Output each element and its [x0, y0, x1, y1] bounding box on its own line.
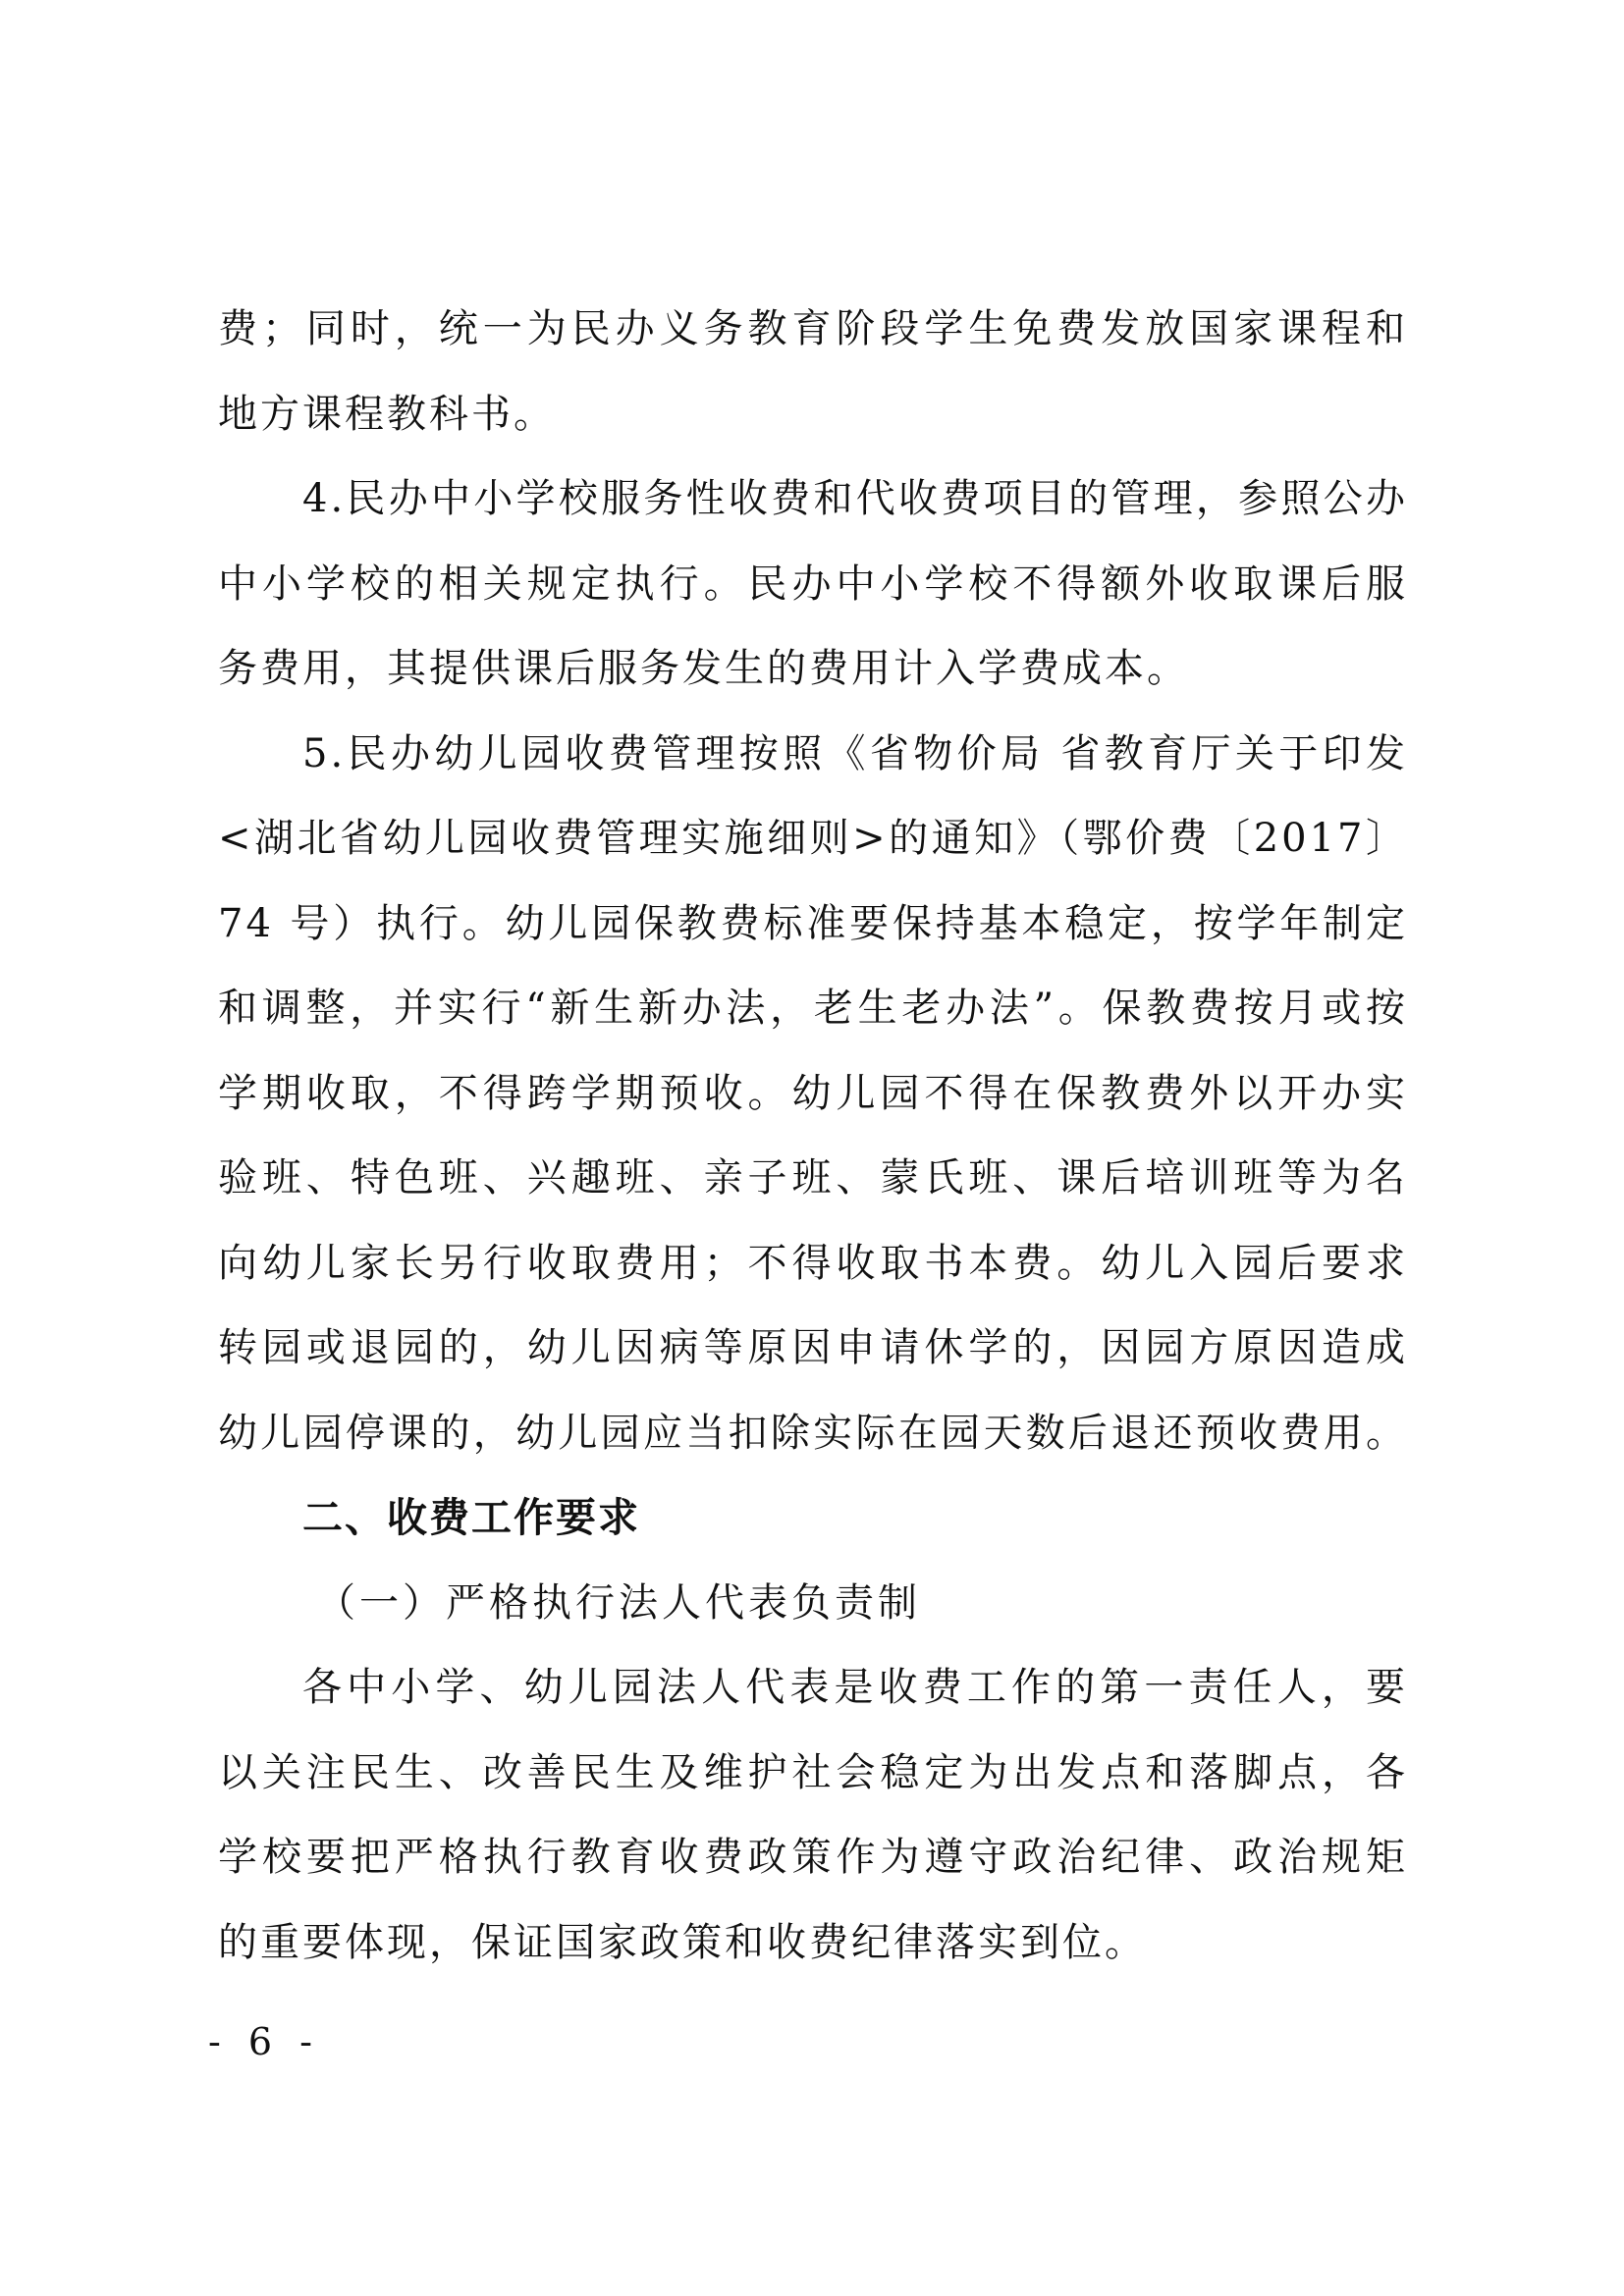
paragraph-line: 中小学校的相关规定执行。民办中小学校不得额外收取课后服	[218, 542, 1408, 627]
paragraph-line: 转园或退园的，幼儿因病等原因申请休学的，因园方原因造成	[218, 1306, 1408, 1391]
document-page: 费；同时，统一为民办义务教育阶段学生免费发放国家课程和 地方课程教科书。 4.民…	[0, 0, 1624, 2296]
paragraph-line: 地方课程教科书。	[218, 372, 1408, 457]
paragraph-line: 以关注民生、改善民生及维护社会稳定为出发点和落脚点，各	[218, 1731, 1408, 1816]
section-heading: 二、收费工作要求	[218, 1475, 1408, 1561]
page-number: - 6 -	[208, 2020, 320, 2063]
paragraph-line: 74 号）执行。幼儿园保教费标准要保持基本稳定，按学年制定	[218, 881, 1408, 967]
document-body: 费；同时，统一为民办义务教育阶段学生免费发放国家课程和 地方课程教科书。 4.民…	[218, 287, 1408, 1985]
paragraph-line: 的重要体现，保证国家政策和收费纪律落实到位。	[218, 1900, 1408, 1986]
paragraph-line: 验班、特色班、兴趣班、亲子班、蒙氏班、课后培训班等为名	[218, 1136, 1408, 1221]
paragraph-line: 各中小学、幼儿园法人代表是收费工作的第一责任人，要	[218, 1645, 1408, 1731]
paragraph-line: 学期收取，不得跨学期预收。幼儿园不得在保教费外以开办实	[218, 1051, 1408, 1137]
paragraph-line: 幼儿园停课的，幼儿园应当扣除实际在园天数后退还预收费用。	[218, 1391, 1408, 1476]
paragraph-line: 5.民办幼儿园收费管理按照《省物价局 省教育厅关于印发	[218, 712, 1408, 797]
paragraph-line: 向幼儿家长另行收取费用；不得收取书本费。幼儿入园后要求	[218, 1221, 1408, 1307]
paragraph-line: 学校要把严格执行教育收费政策作为遵守政治纪律、政治规矩	[218, 1815, 1408, 1900]
paragraph-line: 4.民办中小学校服务性收费和代收费项目的管理，参照公办	[218, 456, 1408, 542]
paragraph-line: <湖北省幼儿园收费管理实施细则>的通知》（鄂价费〔2017〕	[218, 796, 1408, 881]
paragraph-line: 和调整，并实行“新生新办法，老生老办法”。保教费按月或按	[218, 966, 1408, 1051]
subsection-heading: （一）严格执行法人代表负责制	[218, 1561, 1408, 1646]
paragraph-line: 务费用，其提供课后服务发生的费用计入学费成本。	[218, 626, 1408, 712]
paragraph-line: 费；同时，统一为民办义务教育阶段学生免费发放国家课程和	[218, 287, 1408, 372]
